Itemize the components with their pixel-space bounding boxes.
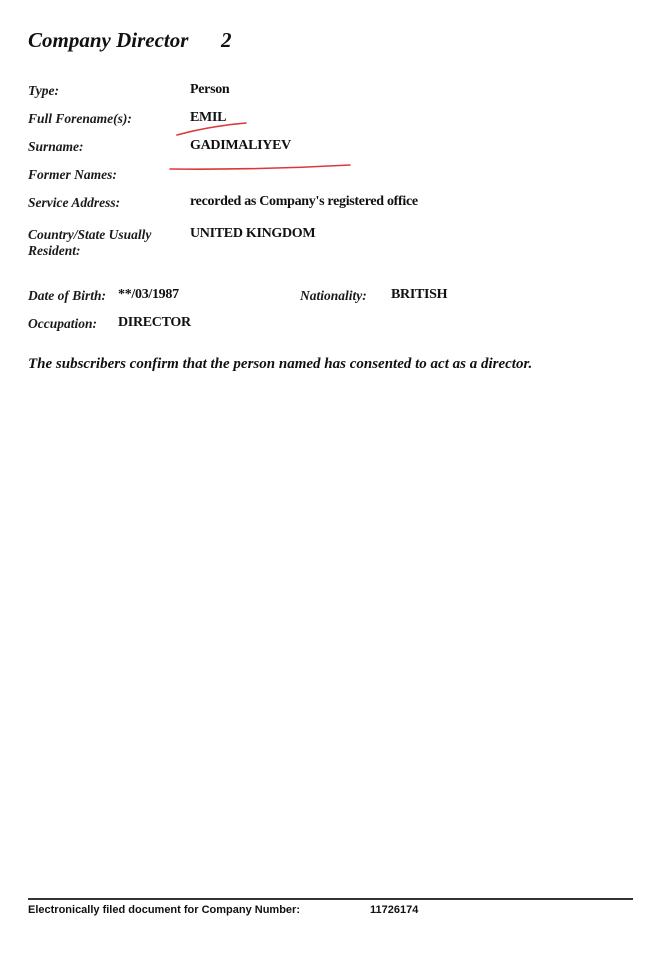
nationality-label: Nationality: bbox=[300, 288, 367, 304]
dob-value: **/03/1987 bbox=[118, 287, 179, 303]
pen-underline-marks bbox=[0, 0, 665, 960]
surname-label: Surname: bbox=[28, 139, 84, 155]
type-label: Type: bbox=[28, 83, 59, 99]
occupation-value: DIRECTOR bbox=[118, 315, 191, 331]
company-number: 11726174 bbox=[370, 904, 418, 916]
forenames-label: Full Forename(s): bbox=[28, 111, 132, 127]
page-title: Company Director bbox=[28, 28, 188, 53]
country-value: UNITED KINGDOM bbox=[190, 226, 315, 242]
occupation-label: Occupation: bbox=[28, 316, 97, 332]
footer-text: Electronically filed document for Compan… bbox=[28, 904, 300, 916]
dob-label: Date of Birth: bbox=[28, 288, 106, 304]
footer-divider bbox=[28, 898, 633, 900]
forenames-value: EMIL bbox=[190, 110, 226, 126]
country-label-line1: Country/State Usually bbox=[28, 227, 151, 243]
director-number: 2 bbox=[221, 28, 232, 53]
service-address-value: recorded as Company's registered office bbox=[190, 194, 418, 210]
country-label-line2: Resident: bbox=[28, 243, 151, 259]
former-names-label: Former Names: bbox=[28, 167, 117, 183]
consent-statement: The subscribers confirm that the person … bbox=[28, 356, 532, 373]
nationality-value: BRITISH bbox=[391, 287, 447, 303]
type-value: Person bbox=[190, 82, 229, 98]
pen-mark-surname bbox=[170, 165, 350, 169]
surname-value: GADIMALIYEV bbox=[190, 138, 291, 154]
service-address-label: Service Address: bbox=[28, 195, 120, 211]
country-label: Country/State Usually Resident: bbox=[28, 227, 151, 259]
